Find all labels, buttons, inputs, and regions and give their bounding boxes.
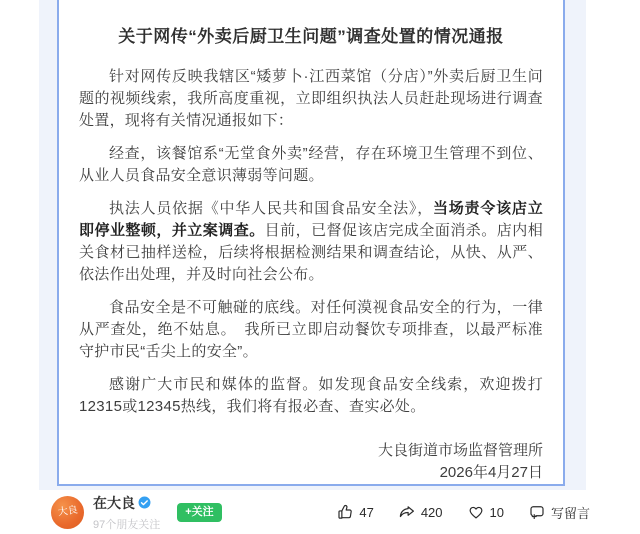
notice-paragraph: 感谢广大市民和媒体的监督。如发现食品安全线索，欢迎拨打12315或12345热线…	[79, 374, 543, 418]
post-footer-bar: 大良 在大良 97个朋友关注 +关注 47 420	[0, 490, 640, 534]
notice-paragraph: 食品安全是不可触碰的底线。对任何漠视食品安全的行为，一律从严查处，绝不姑息。 我…	[79, 297, 543, 363]
action-bar: 47 420 10 写留言	[336, 503, 590, 522]
notice-paragraph: 经查，该餐馆系“无堂食外卖”经营，存在环境卫生管理不到位、从业人员食品安全意识薄…	[79, 143, 543, 187]
verified-badge-icon	[138, 496, 151, 509]
account-name[interactable]: 在大良	[93, 493, 135, 513]
heart-icon	[467, 503, 485, 521]
followers-note: 97个朋友关注	[93, 516, 160, 532]
official-notice-card: 关于网传“外卖后厨卫生问题”调查处置的情况通报 针对网传反映我辖区“矮萝卜·江西…	[57, 0, 565, 486]
forward-button[interactable]: 420	[398, 503, 443, 521]
thumbs-up-icon	[336, 503, 354, 521]
write-comment-icon	[528, 503, 546, 521]
notice-image-attachment[interactable]: 关于网传“外卖后厨卫生问题”调查处置的情况通报 针对网传反映我辖区“矮萝卜·江西…	[39, 0, 586, 490]
like-count: 47	[359, 505, 373, 520]
account-info[interactable]: 在大良 97个朋友关注	[93, 493, 160, 532]
notice-paragraph: 针对网传反映我辖区“矮萝卜·江西菜馆（分店）”外卖后厨卫生问题的视频线索，我所高…	[79, 66, 543, 132]
notice-paragraph: 执法人员依据《中华人民共和国食品安全法》，当场责令该店立即停业整顿，并立案调查。…	[79, 198, 543, 286]
comment-label: 写留言	[551, 503, 590, 522]
forward-count: 420	[421, 505, 443, 520]
like-button[interactable]: 47	[336, 503, 373, 521]
avatar-monogram: 大良	[57, 506, 78, 519]
avatar[interactable]: 大良	[51, 496, 84, 529]
notice-date: 2026年4月27日	[79, 462, 543, 484]
forward-arrow-icon	[398, 503, 416, 521]
notice-paragraphs: 针对网传反映我辖区“矮萝卜·江西菜馆（分店）”外卖后厨卫生问题的视频线索，我所高…	[79, 66, 543, 418]
follow-button[interactable]: +关注	[177, 503, 221, 522]
notice-title: 关于网传“外卖后厨卫生问题”调查处置的情况通报	[79, 22, 543, 47]
heart-button[interactable]: 10	[467, 503, 504, 521]
heart-count: 10	[490, 505, 504, 520]
comment-button[interactable]: 写留言	[528, 503, 590, 522]
notice-signature: 大良街道市场监督管理所	[79, 440, 543, 462]
